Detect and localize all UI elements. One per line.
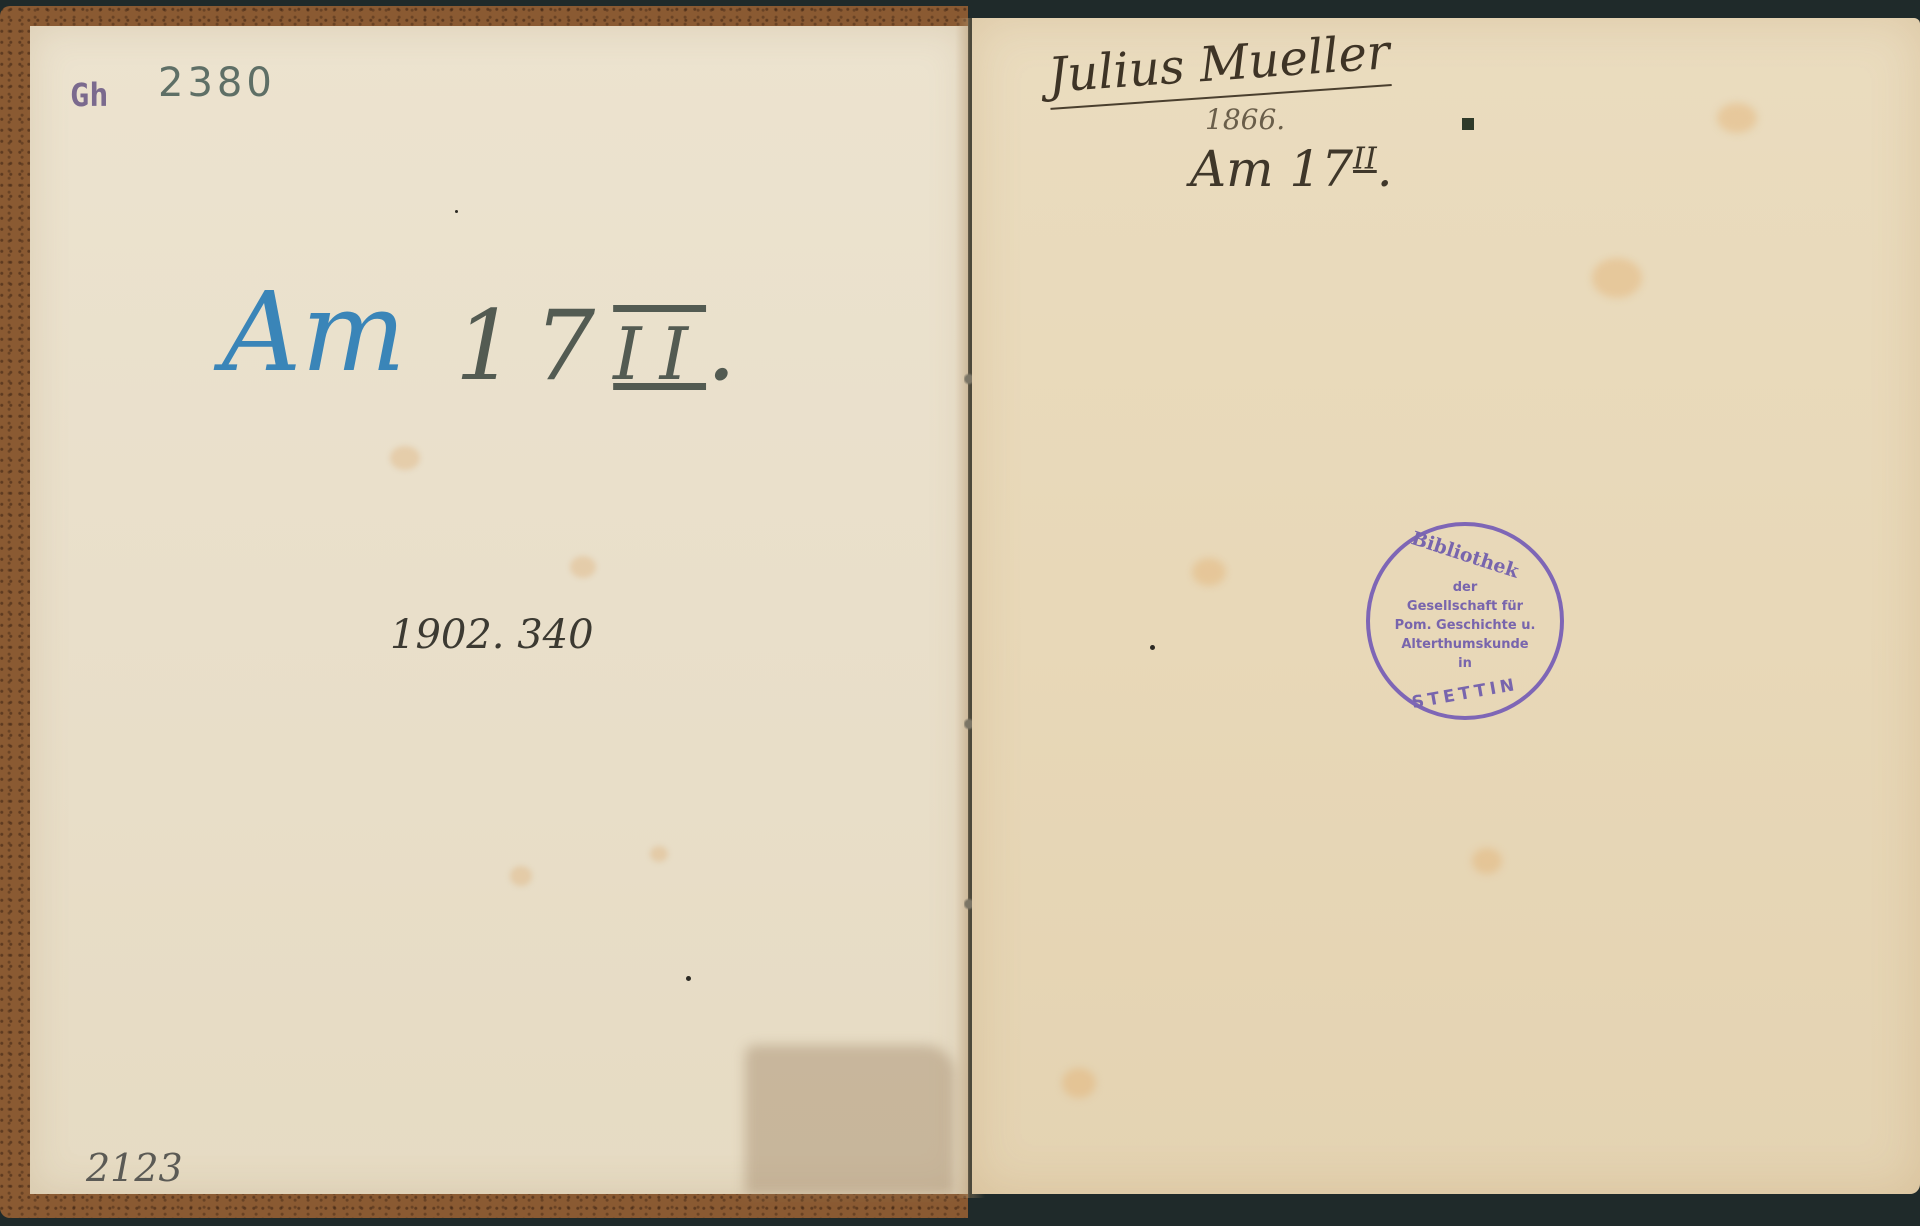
call-number-handwritten: 2380 <box>158 60 276 106</box>
stamp-line: der <box>1376 578 1554 597</box>
foxing-spot <box>650 846 668 862</box>
stamp-line: in <box>1376 654 1554 673</box>
shelfmark-ink-text: Am 17 <box>1190 140 1353 198</box>
foxing-spot <box>1192 558 1226 586</box>
shelfmark-period: . <box>706 290 755 402</box>
stamp-line: Gesellschaft für <box>1376 597 1554 616</box>
shelfmark-ink: Am 17II. <box>1190 140 1393 198</box>
stamp-body: der Gesellschaft für Pom. Geschichte u. … <box>1376 578 1554 673</box>
foxing-spot <box>1592 258 1642 298</box>
water-stain <box>745 1045 955 1195</box>
left-pastedown-page <box>30 26 968 1194</box>
stamp-line: Alterthumskunde <box>1376 635 1554 654</box>
library-stamp: Bibliothek der Gesellschaft für Pom. Ges… <box>1366 522 1564 720</box>
foxing-spot <box>510 866 532 886</box>
shelfmark-roman: II <box>613 312 706 396</box>
ink-speck <box>455 210 458 213</box>
accession-number: 1902. 340 <box>390 612 594 658</box>
show-through-title <box>1090 300 1650 460</box>
small-ink-mark <box>1462 118 1474 130</box>
foxing-spot <box>1472 848 1502 874</box>
foxing-spot <box>1717 103 1757 133</box>
call-number-stamp: Gh <box>70 76 109 114</box>
shelfmark-blue-pencil: Am <box>222 268 406 396</box>
corner-number: 2123 <box>86 1146 183 1190</box>
book-spread: Gh 2380 Am 17II. 1902. 340 2123 Julius M… <box>0 0 1920 1226</box>
foxing-spot <box>390 446 420 470</box>
shelfmark-graphite: 17II. <box>455 290 755 402</box>
shelfmark-ink-period: . <box>1377 140 1393 198</box>
stamp-line: Pom. Geschichte u. <box>1376 616 1554 635</box>
owner-year: 1866. <box>1205 103 1285 136</box>
ink-speck <box>686 976 691 981</box>
foxing-spot <box>1062 1068 1096 1098</box>
shelfmark-ink-roman: II <box>1353 141 1377 176</box>
ink-speck <box>1150 645 1155 650</box>
foxing-spot <box>570 556 596 578</box>
shelfmark-number: 17 <box>455 290 613 402</box>
